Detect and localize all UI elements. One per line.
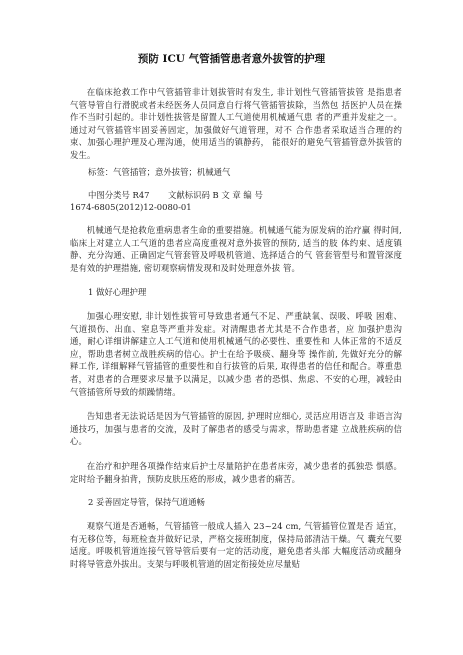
section-1-paragraph-2: 告知患者无法说话是因为气管插管的原因, 护理时应细心, 灵活应用语言及 非语言沟… xyxy=(70,410,402,448)
section-1-paragraph-3: 在治疗和护理各项操作结束后护士尽量陪护在患者床旁，减少患者的孤独恐 惧感。定时给… xyxy=(70,460,402,485)
section-2-paragraph-1: 观察气道是否通畅，气管插管一般成人插入 23~24 cm, 气管插管位置是否 适… xyxy=(70,520,402,570)
classification-number: 中图分类号 R47 xyxy=(88,189,150,202)
document-title: 预防 ICU 气管插管患者意外拔管的护理 xyxy=(0,51,463,66)
section-heading-2: 2 妥善固定导管，保持气道通畅 xyxy=(88,496,205,509)
document-code: 文献标识码 B 文 章 编 号 xyxy=(168,189,263,202)
keywords: 标签：气管插管；意外拔管；机械通气 xyxy=(88,166,230,179)
intro-paragraph: 机械通气是抢救危重病患者生命的重要措施。机械通气能为原发病的治疗赢 得时间, 临… xyxy=(70,224,402,274)
section-1-paragraph-1: 加强心理安慰, 非计划性拔管可导致患者通气不足、严重缺氧、误吸、呼吸 困难、气道… xyxy=(70,310,402,398)
section-heading-1: 1 做好心理护理 xyxy=(88,286,146,299)
abstract-paragraph: 在临床抢救工作中气管插管非计划拔管时有发生, 非计划性气管插管拔管 是指患者气管… xyxy=(70,86,402,162)
document-page: 预防 ICU 气管插管患者意外拔管的护理 在临床抢救工作中气管插管非计划拔管时有… xyxy=(0,0,463,655)
article-number: 1674-6805(2012)12-0080-01 xyxy=(70,201,192,214)
